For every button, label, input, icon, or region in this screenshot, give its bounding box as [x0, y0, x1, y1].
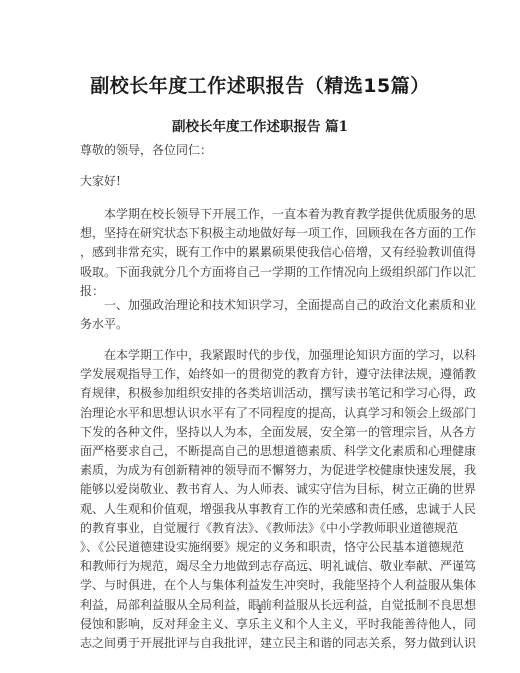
- paragraph-line: 侵蚀和影响，反对拜金主义、享乐主义和个人主义，平时我能善待他人，同: [80, 615, 450, 634]
- salutation-text: 尊敬的领导，各位同仁：: [80, 141, 450, 160]
- paragraph-line: 观、人生观和价值观，增强我从事教育工作的光荣感和责任感，忠诚于人民: [80, 500, 450, 519]
- paragraph-intro: 本学期在校长领导下开展工作，一直本着为教育教学提供优质服务的思 想，坚持在研究状…: [80, 205, 450, 301]
- document-page: 副校长年度工作述职报告（精选15篇） 副校长年度工作述职报告 篇1 尊敬的领导，…: [0, 0, 520, 673]
- paragraph-line: 在本学期工作中，我紧跟时代的步伐，加强理论知识方面的学习，以科: [80, 346, 450, 365]
- paragraph-line: 志之间勇于开展批评与自我批评，建立民主和谐的同志关系，努力做到认识: [80, 634, 450, 653]
- greeting-text: 大家好!: [80, 172, 450, 191]
- paragraph-section-one-heading: 一、加强政治理论和技术知识学习，全面提高自己的政治文化素质和业 务水平。: [80, 296, 450, 334]
- paragraph-line: 治理论水平和思想认识水平有了不同程度的提高，认真学习和领会上级部门: [80, 404, 450, 423]
- paragraph-line: 务水平。: [80, 315, 450, 334]
- paragraph-line: 本学期在校长领导下开展工作，一直本着为教育教学提供优质服务的思: [80, 205, 450, 224]
- paragraph-line: 学发展观指导工作，始终如一的贯彻党的教育方针，遵守法律法规，遵循教: [80, 365, 450, 384]
- salutation: 尊敬的领导，各位同仁：: [80, 141, 450, 160]
- paragraph-line: 素质，为成为有创新精神的领导而不懈努力，为促进学校健康快速发展，我: [80, 461, 450, 480]
- greeting: 大家好!: [80, 172, 450, 191]
- paragraph-line: ，感到非常充实，既有工作中的累累硕果使我信心倍增，又有经验教训值得: [80, 243, 450, 262]
- paragraph-line: 学、与时俱进，在个人与集体利益发生冲突时，我能坚持个人利益服从集体: [80, 576, 450, 595]
- paragraph-line: 和教师行为规范，竭尽全力地做到志存高远、明礼诚信、敬业奉献、严谨笃: [80, 557, 450, 576]
- paragraph-line: 育规律，积极参加组织安排的各类培训活动，撰写读书笔记和学习心得，政: [80, 384, 450, 403]
- paragraph-line: 能够以爱岗敬业、教书育人、为人师表、诚实守信为目标，树立正确的世界: [80, 480, 450, 499]
- paragraph-line: 》、《公民道德建设实施纲要》规定的义务和职责，恪守公民基本道德规范: [80, 538, 450, 557]
- paragraph-line: 下发的各种文件，坚持以人为本，全面发展，安全第一的管理宗旨，从各方: [80, 423, 450, 442]
- paragraph-line: 的教育事业，自觉履行《教育法》、《教师法》《中小学教师职业道德规范: [80, 519, 450, 538]
- document-title: 副校长年度工作述职报告（精选15篇）: [0, 71, 520, 98]
- section-heading: 副校长年度工作述职报告 篇1: [0, 115, 520, 135]
- paragraph-line: 吸取。下面我就分几个方面将自己一学期的工作情况向上级组织部门作以汇: [80, 263, 450, 282]
- page-number: 1: [0, 603, 520, 616]
- paragraph-line: 想，坚持在研究状态下积极主动地做好每一项工作，回顾我在各方面的工作: [80, 224, 450, 243]
- paragraph-line: 面严格要求自己，不断提高自己的思想道德素质、科学文化素质和心理健康: [80, 442, 450, 461]
- paragraph-line: 一、加强政治理论和技术知识学习，全面提高自己的政治文化素质和业: [80, 296, 450, 315]
